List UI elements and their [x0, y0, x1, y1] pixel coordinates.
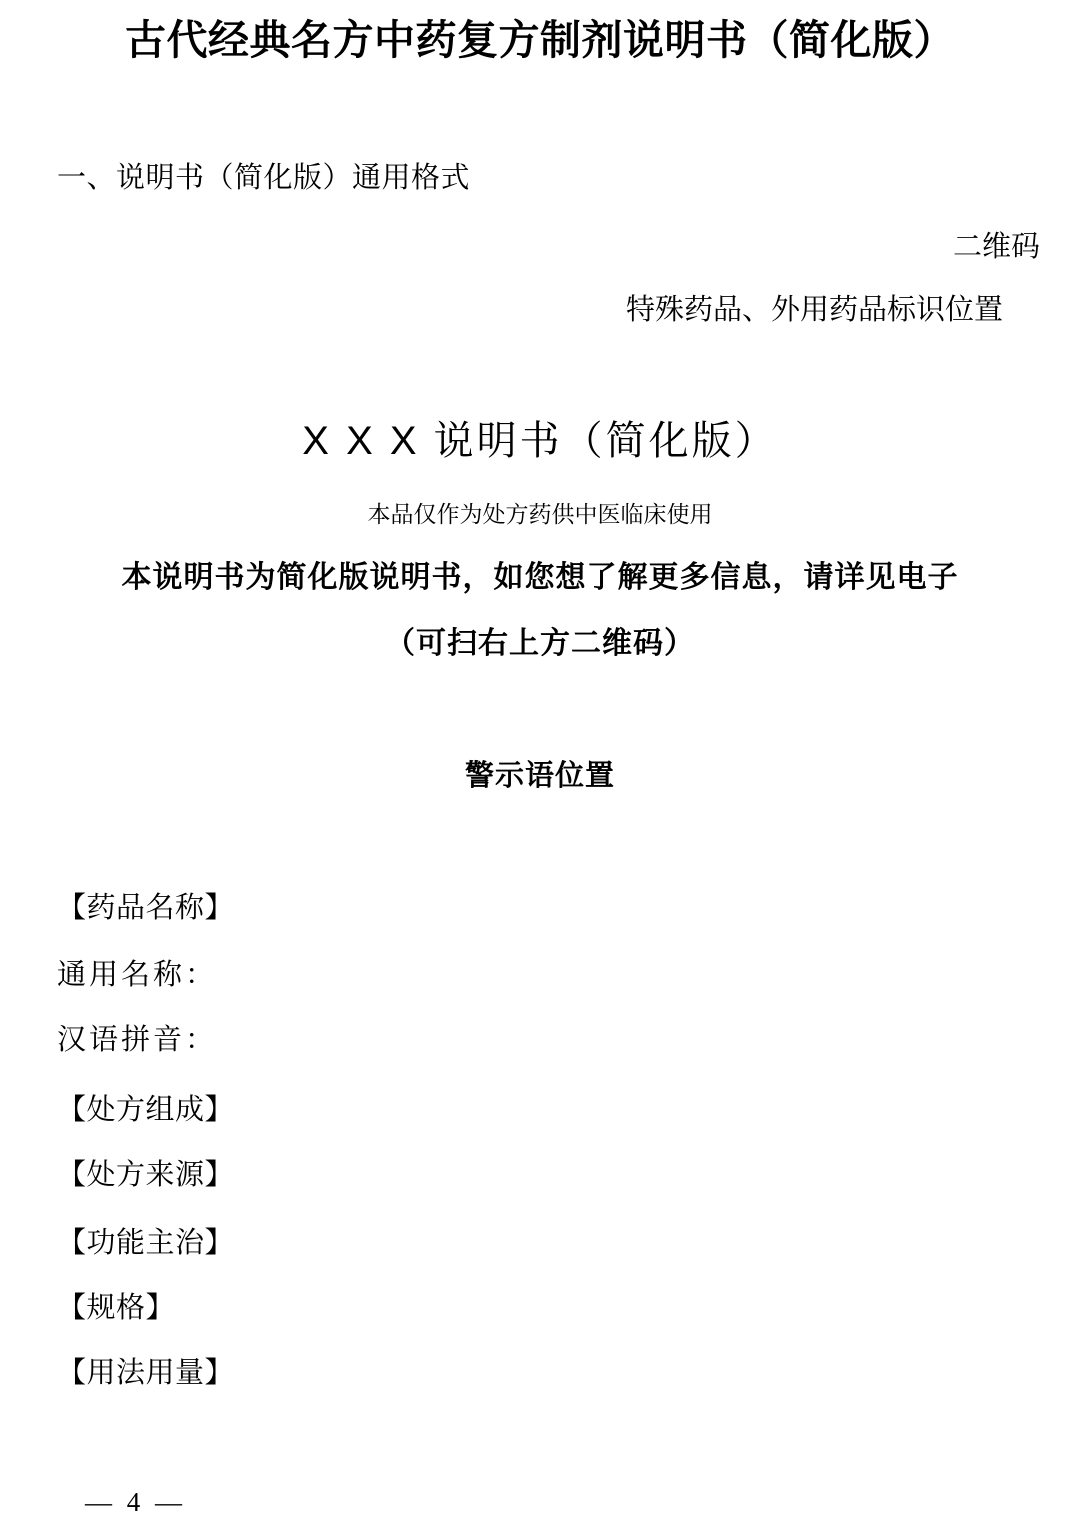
field-prescription-composition: 【处方组成】 — [57, 1093, 234, 1128]
field-specification: 【规格】 — [57, 1291, 175, 1326]
field-prescription-source: 【处方来源】 — [57, 1158, 234, 1193]
field-dosage-administration: 【用法用量】 — [57, 1356, 234, 1391]
section-heading: 一、说明书（简化版）通用格式 — [57, 161, 470, 196]
prescription-only-note: 本品仅作为处方药供中医临床使用 — [0, 501, 1080, 529]
simplified-version-note-line2: （可扫右上方二维码） — [0, 626, 1080, 662]
field-generic-name: 通用名称： — [57, 958, 217, 993]
special-drug-mark-placeholder-label: 特殊药品、外用药品标识位置 — [626, 293, 1003, 328]
leaflet-title: X X X 说明书（简化版） — [0, 417, 1080, 465]
document-page: 古代经典名方中药复方制剂说明书（简化版） 一、说明书（简化版）通用格式 二维码 … — [0, 0, 1080, 1535]
document-title: 古代经典名方中药复方制剂说明书（简化版） — [0, 16, 1080, 65]
field-drug-name: 【药品名称】 — [57, 891, 234, 926]
field-functions-indications: 【功能主治】 — [57, 1226, 234, 1261]
field-pinyin-name: 汉语拼音： — [57, 1023, 217, 1058]
page-number: — 4 — — [85, 1486, 186, 1518]
simplified-version-note-line1: 本说明书为简化版说明书，如您想了解更多信息，请详见电子 — [0, 560, 1080, 596]
qr-code-placeholder-label: 二维码 — [953, 230, 1040, 265]
warning-text-placeholder: 警示语位置 — [0, 759, 1080, 794]
